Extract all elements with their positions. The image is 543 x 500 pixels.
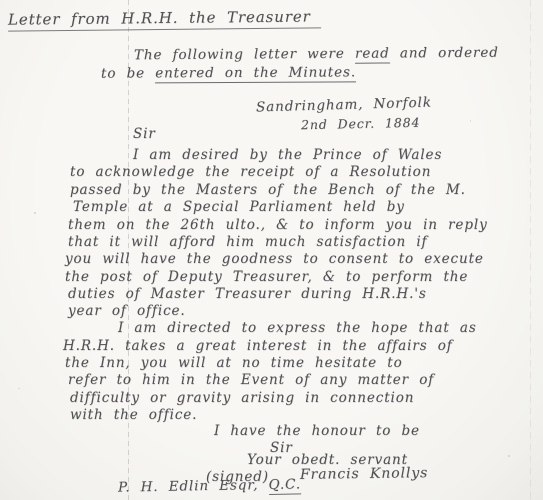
body-line: Temple at a Special Parliament held by [73, 199, 405, 215]
preamble-text: The following letter were [134, 46, 355, 64]
body-line: I am desired by the Prince of Wales [133, 147, 442, 163]
body-line: H.R.H. takes a great interest in the aff… [63, 338, 453, 354]
closing-line-1: I have the honour to be [214, 423, 420, 439]
body-line: refer to him in the Event of any matter … [68, 372, 434, 388]
body-line: the Inn, you will at no time hesitate to [65, 355, 403, 371]
body-line: the post of Deputy Treasurer, & to perfo… [65, 269, 468, 285]
preamble-line-2: to be entered on the Minutes. [101, 64, 356, 81]
body-line: that it will afford him much satisfactio… [68, 234, 427, 250]
signature: Francis Knollys [300, 465, 428, 483]
body-line: them on the 26th ulto., & to inform you … [68, 217, 488, 233]
body-line: I am directed to express the hope that a… [118, 320, 477, 336]
addressee-suffix: Q.C. [268, 476, 301, 495]
preamble-text: and ordered [390, 45, 499, 62]
preamble-underlined-word: read [355, 45, 390, 63]
body-line: you will have the goodness to consent to… [65, 251, 484, 267]
body-line: year of office. [68, 303, 186, 319]
preamble-underlined-phrase: entered on the Minutes. [155, 64, 356, 83]
preamble-line-1: The following letter were read and order… [134, 45, 499, 64]
fold-crease-right [530, 0, 531, 500]
body-line: with the office. [70, 407, 197, 423]
body-line: passed by the Masters of the Bench of th… [70, 182, 466, 198]
scanned-letter-page: Letter from H.R.H. the Treasurer The fol… [0, 0, 543, 500]
dateline-date: 2nd Decr. 1884 [301, 115, 421, 132]
body-line: difficulty or gravity arising in connect… [70, 390, 414, 406]
dateline-place: Sandringham, Norfolk [256, 95, 432, 116]
addressee-line: P. H. Edlin Esqr, Q.C. [118, 476, 301, 495]
paper-speck [470, 120, 471, 122]
body-line: duties of Master Treasurer during H.R.H.… [68, 286, 427, 302]
letter-heading: Letter from H.R.H. the Treasurer [8, 7, 321, 28]
paper-speck [508, 455, 510, 457]
preamble-text: to be [101, 65, 155, 81]
body-line: to acknowledge the receipt of a Resoluti… [70, 164, 431, 180]
paper-speck [18, 388, 20, 389]
addressee-name: P. H. Edlin Esqr, [118, 477, 269, 496]
paper-speck [34, 212, 36, 214]
heading-text: Letter from H.R.H. the Treasurer [8, 7, 321, 31]
salutation: Sir [133, 126, 156, 142]
